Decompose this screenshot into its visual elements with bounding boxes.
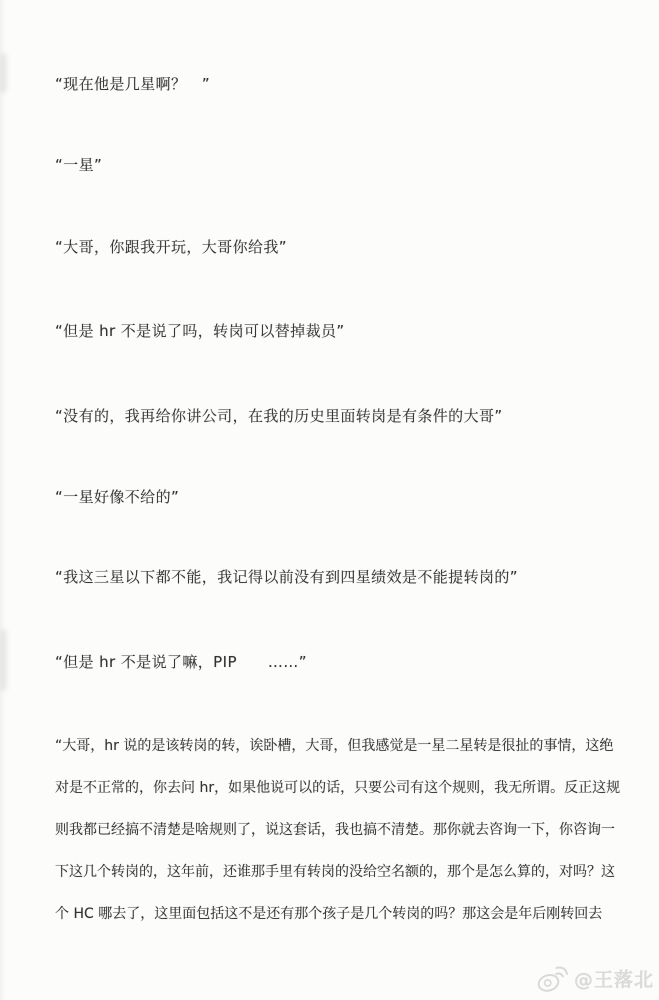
dialogue-line: “现在他是几星啊？ ” (55, 74, 619, 94)
transcript-content: “现在他是几星啊？ ” “一星” “大哥，你跟我开玩，大哥你给我” “但是 hr… (0, 0, 659, 1000)
dialogue-line: “我这三星以下都不能，我记得以前没有到四星绩效是不能提转岗的” (55, 567, 619, 587)
dialogue-line: “但是 hr 不是说了嘛，PIP ……” (55, 652, 619, 672)
dialogue-line: “一星好像不给的” (55, 487, 619, 507)
dialogue-line: “一星” (55, 155, 619, 175)
closing-paragraph: “大哥，hr 说的是该转岗的转，诶卧槽，大哥，但我感觉是一星二星转是很扯的事情，… (55, 725, 612, 935)
weibo-logo-icon (534, 961, 571, 994)
paragraph-line: 下这几个转岗的，这年前，还谁那手里有转岗的没给空名额的，那个是怎么算的，对吗？这 (55, 851, 612, 893)
weibo-watermark: @王落北 (535, 963, 654, 993)
dialogue-line: “但是 hr 不是说了吗，转岗可以替掉裁员” (55, 321, 619, 341)
paragraph-line: 则我都已经搞不清楚是啥规则了，说这套话，我也搞不清楚。那你就去咨询一下，你咨询一 (55, 809, 612, 851)
paragraph-line: 个 HC 哪去了，这里面包括这不是还有那个孩子是几个转岗的吗？那这会是年后刚转回… (55, 893, 612, 935)
watermark-handle: @王落北 (574, 965, 654, 992)
screenshot-page: “现在他是几星啊？ ” “一星” “大哥，你跟我开玩，大哥你给我” “但是 hr… (0, 0, 659, 1000)
paragraph-line: 对是不正常的，你去问 hr，如果他说可以的话，只要公司有这个规则，我无所谓。反正… (55, 767, 612, 809)
dialogue-line: “大哥，你跟我开玩，大哥你给我” (55, 237, 619, 257)
paragraph-line: “大哥，hr 说的是该转岗的转，诶卧槽，大哥，但我感觉是一星二星转是很扯的事情，… (55, 725, 612, 767)
dialogue-line: “没有的，我再给你讲公司，在我的历史里面转岗是有条件的大哥” (55, 406, 619, 426)
